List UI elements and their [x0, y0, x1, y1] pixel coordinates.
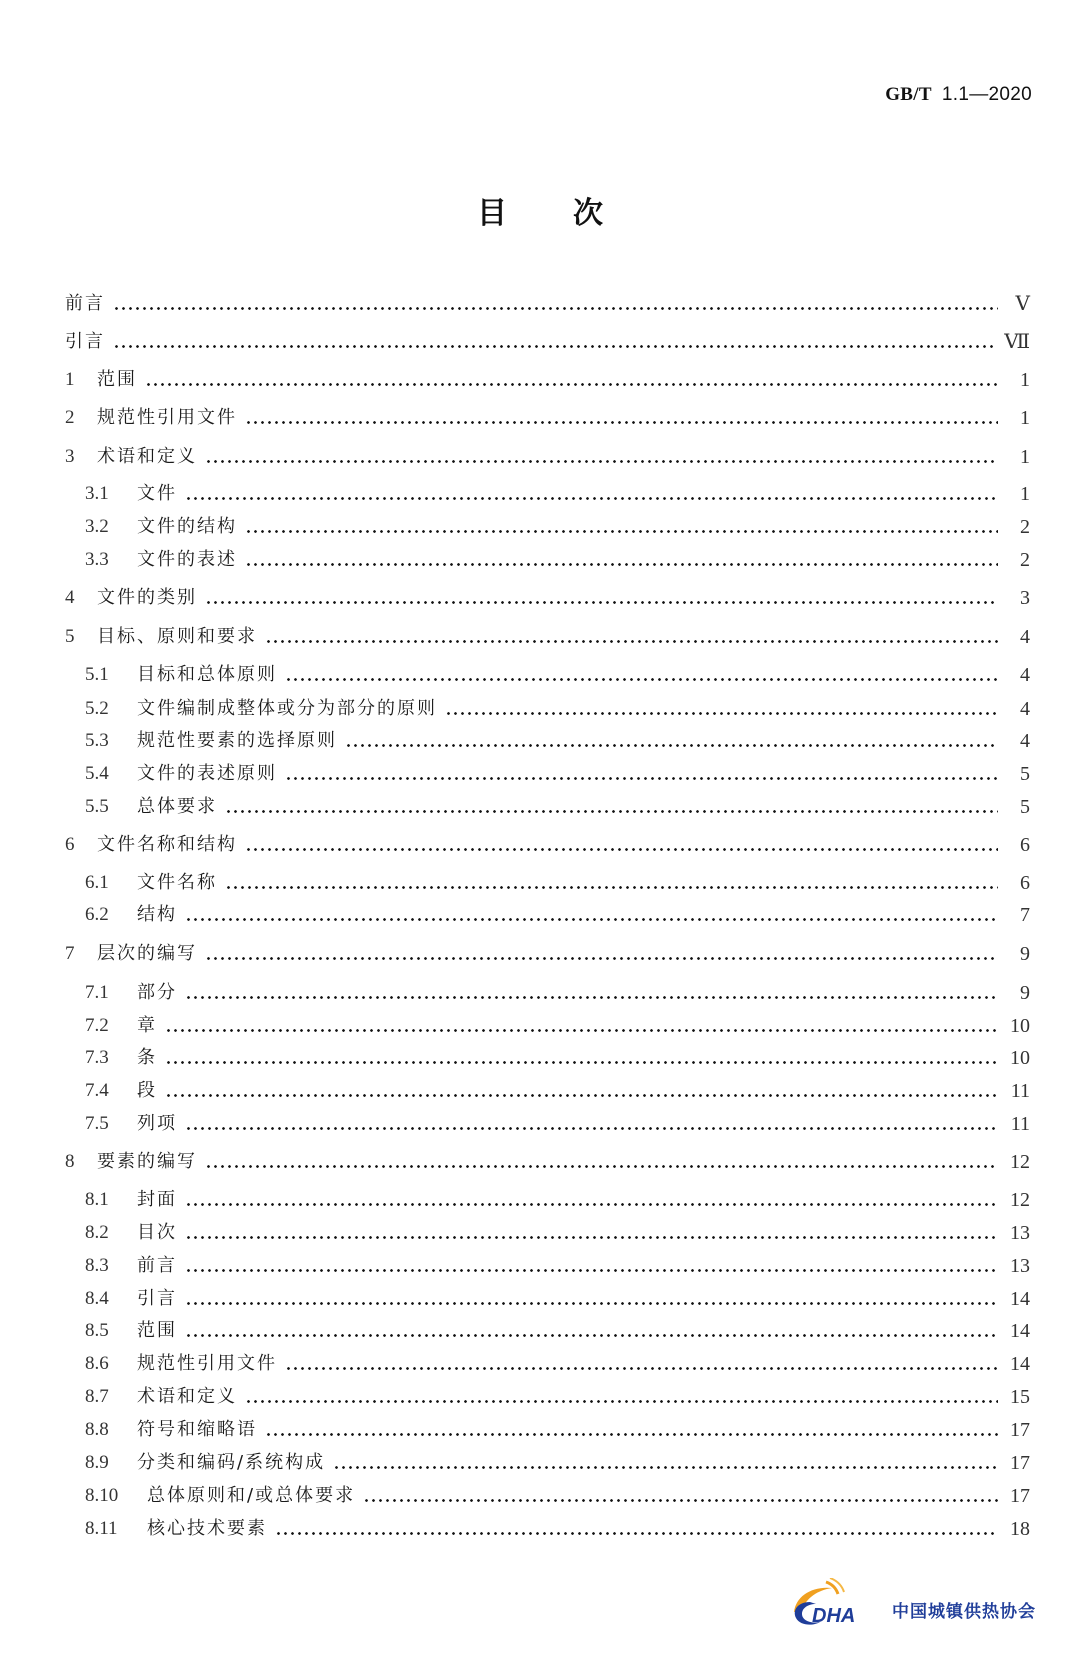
- dot-leader: [333, 1450, 998, 1476]
- toc-row[interactable]: 8.7术语和定义15: [85, 1384, 1030, 1410]
- dot-leader: [205, 941, 998, 967]
- toc-title: 目标和总体原则: [137, 662, 285, 688]
- toc-page: 15: [1008, 1384, 1030, 1410]
- toc-number: 7.2: [85, 1013, 137, 1039]
- toc-row[interactable]: 6.2结构7: [85, 902, 1030, 928]
- toc-number: 5.3: [85, 728, 137, 754]
- dot-leader: [363, 1483, 998, 1509]
- toc-title: 文件编制成整体或分为部分的原则: [137, 696, 445, 722]
- dot-leader: [245, 514, 998, 540]
- toc-row[interactable]: 8.10总体原则和/或总体要求17: [85, 1483, 1030, 1509]
- toc-number: 5.5: [85, 794, 137, 820]
- dot-leader: [185, 1111, 998, 1137]
- toc-page: 1: [1008, 444, 1030, 470]
- toc-number: 8.1: [85, 1187, 137, 1213]
- toc-page: 14: [1008, 1318, 1030, 1344]
- toc-page: Ⅶ: [1004, 329, 1030, 355]
- toc-page: 2: [1008, 547, 1030, 573]
- toc-title: 引言: [65, 329, 113, 355]
- toc-row[interactable]: 3.1文件1: [85, 481, 1030, 507]
- toc-row[interactable]: 5目标、原则和要求4: [65, 624, 1030, 650]
- toc-page: 17: [1008, 1450, 1030, 1476]
- toc-row[interactable]: 4文件的类别3: [65, 585, 1030, 611]
- toc-page: 14: [1008, 1351, 1030, 1377]
- dot-leader: [205, 1149, 998, 1175]
- toc-title: 文件的类别: [97, 585, 205, 611]
- toc-number: 5.4: [85, 761, 137, 787]
- toc-row[interactable]: 8.6规范性引用文件14: [85, 1351, 1030, 1377]
- toc-title: 章: [137, 1013, 165, 1039]
- dot-leader: [165, 1078, 998, 1104]
- dot-leader: [185, 1286, 998, 1312]
- toc-number: 8.2: [85, 1220, 137, 1246]
- dot-leader: [165, 1045, 998, 1071]
- toc-page: 3: [1008, 585, 1030, 611]
- toc-title: 目标、原则和要求: [97, 624, 265, 650]
- toc-page: 11: [1008, 1078, 1030, 1104]
- toc-page: 4: [1008, 696, 1030, 722]
- toc-row[interactable]: 6文件名称和结构6: [65, 832, 1030, 858]
- toc-title: 条: [137, 1045, 165, 1071]
- dot-leader: [285, 662, 998, 688]
- toc-title: 目次: [137, 1220, 185, 1246]
- dot-leader: [113, 329, 994, 355]
- toc-page: 12: [1008, 1187, 1030, 1213]
- toc-page: 4: [1008, 624, 1030, 650]
- toc-row[interactable]: 3.3文件的表述2: [85, 547, 1030, 573]
- toc-page: 5: [1008, 794, 1030, 820]
- toc-title: 结构: [137, 902, 185, 928]
- dot-leader: [265, 1417, 998, 1443]
- dot-leader: [285, 1351, 998, 1377]
- toc-row[interactable]: 5.3规范性要素的选择原则4: [85, 728, 1030, 754]
- dot-leader: [245, 1384, 998, 1410]
- toc-number: 8.5: [85, 1318, 137, 1344]
- toc-number: 8.10: [85, 1483, 147, 1509]
- toc-row[interactable]: 5.5总体要求5: [85, 794, 1030, 820]
- toc-number: 8.11: [85, 1516, 147, 1542]
- toc-row[interactable]: 引言Ⅶ: [65, 329, 1030, 355]
- toc-row[interactable]: 7.4段11: [85, 1078, 1030, 1104]
- toc-row[interactable]: 6.1文件名称6: [85, 870, 1030, 896]
- toc-number: 4: [65, 585, 97, 611]
- toc-title: 封面: [137, 1187, 185, 1213]
- dot-leader: [185, 980, 998, 1006]
- toc-title: 部分: [137, 980, 185, 1006]
- toc-number: 3.3: [85, 547, 137, 573]
- toc-title: 文件的结构: [137, 514, 245, 540]
- logo-acronym: DHA: [812, 1605, 855, 1627]
- toc-number: 6.2: [85, 902, 137, 928]
- toc-page: 2: [1008, 514, 1030, 540]
- toc-page: 17: [1008, 1483, 1030, 1509]
- toc-row[interactable]: 3术语和定义1: [65, 444, 1030, 470]
- toc-page: 1: [1008, 481, 1030, 507]
- toc-number: 8.7: [85, 1384, 137, 1410]
- cdha-emblem-icon: DHA: [788, 1578, 888, 1628]
- toc-row[interactable]: 7.1部分9: [85, 980, 1030, 1006]
- toc-page: 11: [1008, 1111, 1030, 1137]
- toc-title: 总体原则和/或总体要求: [147, 1483, 363, 1509]
- toc-row[interactable]: 8.1封面12: [85, 1187, 1030, 1213]
- toc-page: 5: [1008, 761, 1030, 787]
- toc-title: 文件的表述: [137, 547, 245, 573]
- toc-title: 引言: [137, 1286, 185, 1312]
- toc-title: 规范性要素的选择原则: [137, 728, 345, 754]
- toc-title: 文件: [137, 481, 185, 507]
- toc-page: 6: [1008, 870, 1030, 896]
- toc-number: 8.4: [85, 1286, 137, 1312]
- toc-number: 7.3: [85, 1045, 137, 1071]
- toc-number: 8.3: [85, 1253, 137, 1279]
- toc-row[interactable]: 1范围1: [65, 367, 1030, 393]
- toc-page: 9: [1008, 980, 1030, 1006]
- toc-page: 6: [1008, 832, 1030, 858]
- toc-number: 7: [65, 941, 97, 967]
- toc-number: 3.2: [85, 514, 137, 540]
- toc-title: 符号和缩略语: [137, 1417, 265, 1443]
- dot-leader: [205, 444, 998, 470]
- toc-page: 1: [1008, 405, 1030, 431]
- toc-title: 规范性引用文件: [137, 1351, 285, 1377]
- dot-leader: [265, 624, 998, 650]
- dot-leader: [225, 794, 998, 820]
- toc-page: 13: [1008, 1253, 1030, 1279]
- cdha-logo-mark: DHA: [788, 1578, 888, 1628]
- toc-number: 5.2: [85, 696, 137, 722]
- dot-leader: [185, 1253, 998, 1279]
- toc-page: 13: [1008, 1220, 1030, 1246]
- dot-leader: [245, 547, 998, 573]
- toc-title: 层次的编写: [97, 941, 205, 967]
- toc-row[interactable]: 3.2文件的结构2: [85, 514, 1030, 540]
- toc-page: 12: [1008, 1149, 1030, 1175]
- toc-number: 5.1: [85, 662, 137, 688]
- toc-page: 9: [1008, 941, 1030, 967]
- toc-row[interactable]: 8.8符号和缩略语17: [85, 1417, 1030, 1443]
- table-of-contents: 前言Ⅴ 引言Ⅶ 1范围1 2规范性引用文件1 3术语和定义1 3.1文件1 3.…: [0, 0, 1080, 1654]
- toc-title: 前言: [137, 1253, 185, 1279]
- toc-number: 5: [65, 624, 97, 650]
- toc-number: 2: [65, 405, 97, 431]
- toc-title: 文件的表述原则: [137, 761, 285, 787]
- toc-page: 10: [1008, 1013, 1030, 1039]
- organization-name: 中国城镇供热协会: [892, 1597, 1036, 1622]
- toc-row[interactable]: 5.2文件编制成整体或分为部分的原则4: [85, 696, 1030, 722]
- toc-title: 分类和编码/系统构成: [137, 1450, 333, 1476]
- dot-leader: [445, 696, 998, 722]
- toc-number: 8.8: [85, 1417, 137, 1443]
- toc-title: 范围: [137, 1318, 185, 1344]
- toc-number: 6.1: [85, 870, 137, 896]
- dot-leader: [225, 870, 998, 896]
- toc-page: 14: [1008, 1286, 1030, 1312]
- toc-title: 列项: [137, 1111, 185, 1137]
- toc-page: 10: [1008, 1045, 1030, 1071]
- toc-row[interactable]: 前言Ⅴ: [65, 291, 1030, 317]
- toc-row[interactable]: 7.2章10: [85, 1013, 1030, 1039]
- toc-number: 7.1: [85, 980, 137, 1006]
- toc-page: 4: [1008, 662, 1030, 688]
- toc-page: 17: [1008, 1417, 1030, 1443]
- toc-number: 8.9: [85, 1450, 137, 1476]
- toc-title: 要素的编写: [97, 1149, 205, 1175]
- toc-row[interactable]: 7.3条10: [85, 1045, 1030, 1071]
- toc-number: 7.5: [85, 1111, 137, 1137]
- dot-leader: [285, 761, 998, 787]
- dot-leader: [275, 1516, 998, 1542]
- toc-title: 文件名称: [137, 870, 225, 896]
- toc-row[interactable]: 7层次的编写9: [65, 941, 1030, 967]
- dot-leader: [245, 405, 998, 431]
- cdha-logo: DHA 中国城镇供热协会: [788, 1578, 1058, 1628]
- dot-leader: [185, 481, 998, 507]
- toc-page: 7: [1008, 902, 1030, 928]
- toc-row[interactable]: 8.2目次13: [85, 1220, 1030, 1246]
- toc-page: 1: [1008, 367, 1030, 393]
- dot-leader: [185, 1318, 998, 1344]
- toc-row[interactable]: 8要素的编写12: [65, 1149, 1030, 1175]
- toc-number: 6: [65, 832, 97, 858]
- toc-title: 术语和定义: [137, 1384, 245, 1410]
- toc-title: 总体要求: [137, 794, 225, 820]
- toc-row[interactable]: 8.11核心技术要素18: [85, 1516, 1030, 1542]
- toc-page: 4: [1008, 728, 1030, 754]
- toc-row[interactable]: 5.4文件的表述原则5: [85, 761, 1030, 787]
- toc-title: 术语和定义: [97, 444, 205, 470]
- toc-number: 8.6: [85, 1351, 137, 1377]
- dot-leader: [145, 367, 998, 393]
- toc-page: 18: [1008, 1516, 1030, 1542]
- toc-title: 核心技术要素: [147, 1516, 275, 1542]
- toc-number: 7.4: [85, 1078, 137, 1104]
- toc-title: 规范性引用文件: [97, 405, 245, 431]
- dot-leader: [245, 832, 998, 858]
- toc-title: 段: [137, 1078, 165, 1104]
- toc-number: 3: [65, 444, 97, 470]
- toc-row[interactable]: 2规范性引用文件1: [65, 405, 1030, 431]
- toc-page: Ⅴ: [1008, 291, 1030, 317]
- toc-number: 3.1: [85, 481, 137, 507]
- toc-row[interactable]: 8.5范围14: [85, 1318, 1030, 1344]
- toc-row[interactable]: 8.4引言14: [85, 1286, 1030, 1312]
- toc-row[interactable]: 8.3前言13: [85, 1253, 1030, 1279]
- toc-row[interactable]: 8.9分类和编码/系统构成17: [85, 1450, 1030, 1476]
- dot-leader: [185, 1220, 998, 1246]
- dot-leader: [345, 728, 998, 754]
- dot-leader: [185, 1187, 998, 1213]
- toc-title: 前言: [65, 291, 113, 317]
- toc-row[interactable]: 7.5列项11: [85, 1111, 1030, 1137]
- toc-title: 范围: [97, 367, 145, 393]
- toc-row[interactable]: 5.1目标和总体原则4: [85, 662, 1030, 688]
- dot-leader: [185, 902, 998, 928]
- dot-leader: [165, 1013, 998, 1039]
- toc-number: 8: [65, 1149, 97, 1175]
- toc-title: 文件名称和结构: [97, 832, 245, 858]
- toc-number: 1: [65, 367, 97, 393]
- dot-leader: [113, 291, 998, 317]
- dot-leader: [205, 585, 998, 611]
